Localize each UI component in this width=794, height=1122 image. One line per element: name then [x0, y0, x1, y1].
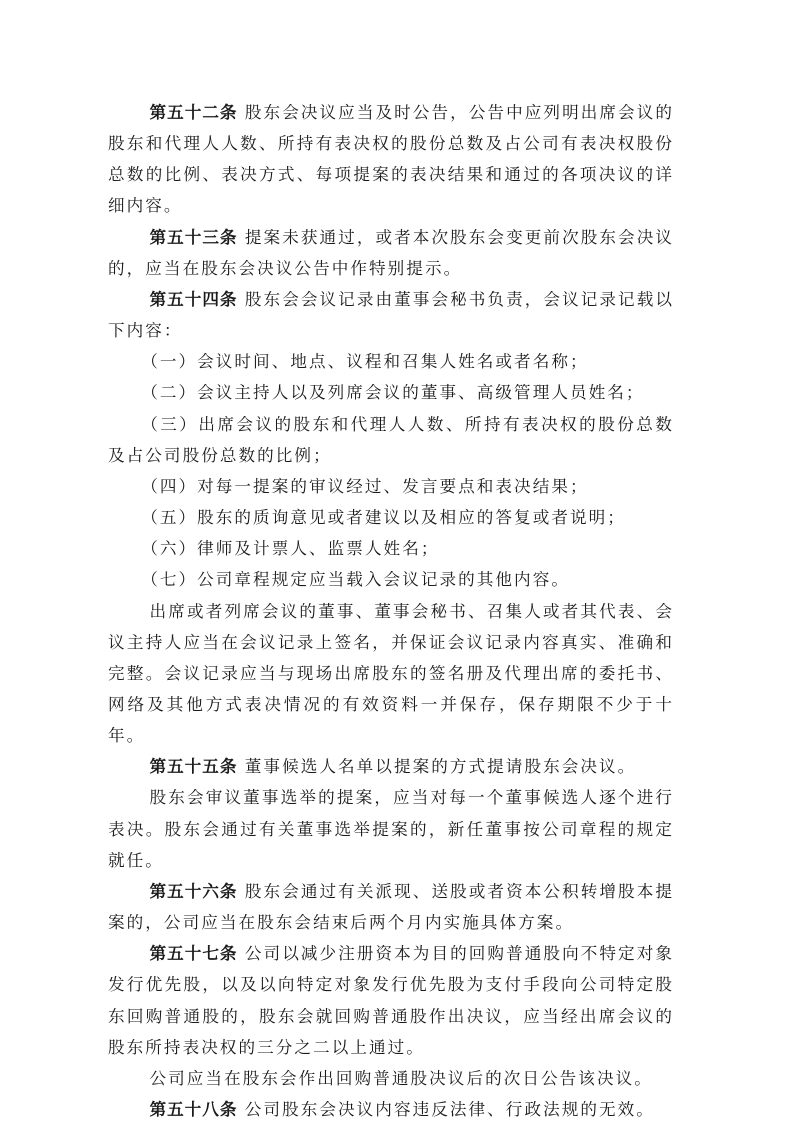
paragraph-text: 公司应当在股东会作出回购普通股决议后的次日公告该决议。	[150, 1069, 653, 1088]
article-58: 第五十八条 公司股东会决议内容违反法律、行政法规的无效。	[108, 1094, 674, 1122]
paragraph: 出席或者列席会议的董事、董事会秘书、召集人或者其代表、会议主持人应当在会议记录上…	[108, 596, 674, 752]
list-item: （一）会议时间、地点、议程和召集人姓名或者名称；	[108, 346, 674, 377]
list-item-text: （五）股东的质询意见或者建议以及相应的答复或者说明；	[141, 508, 626, 527]
list-item-text: （六）律师及计票人、监票人姓名；	[141, 539, 439, 558]
article-54: 第五十四条 股东会会议记录由董事会秘书负责，会议记录记载以下内容：	[108, 284, 674, 346]
article-number: 第五十三条	[150, 228, 238, 247]
article-57: 第五十七条 公司以减少注册资本为目的回购普通股向不特定对象发行优先股，以及以向特…	[108, 938, 674, 1063]
paragraph: 公司应当在股东会作出回购普通股决议后的次日公告该决议。	[108, 1063, 674, 1094]
paragraph-text: 出席或者列席会议的董事、董事会秘书、召集人或者其代表、会议主持人应当在会议记录上…	[108, 602, 674, 746]
paragraph-text: 股东会审议董事选举的提案，应当对每一个董事候选人逐个进行表决。股东会通过有关董事…	[108, 788, 674, 869]
list-item: （五）股东的质询意见或者建议以及相应的答复或者说明；	[108, 502, 674, 533]
article-56: 第五十六条 股东会通过有关派现、送股或者资本公积转增股本提案的，公司应当在股东会…	[108, 876, 674, 938]
article-number: 第五十七条	[150, 944, 238, 963]
article-text: 公司股东会决议内容违反法律、行政法规的无效。	[237, 1100, 655, 1119]
list-item: （三）出席会议的股东和代理人人数、所持有表决权的股份总数及占公司股份总数的比例；	[108, 409, 674, 471]
article-text: 董事候选人名单以提案的方式提请股东会决议。	[237, 757, 636, 776]
list-item-text: （三）出席会议的股东和代理人人数、所持有表决权的股份总数及占公司股份总数的比例；	[108, 415, 674, 465]
list-item: （六）律师及计票人、监票人姓名；	[108, 533, 674, 564]
list-item-text: （二）会议主持人以及列席会议的董事、高级管理人员姓名；	[141, 383, 644, 402]
article-number: 第五十四条	[150, 290, 238, 309]
article-number: 第五十五条	[150, 757, 238, 776]
list-item-text: （四）对每一提案的审议经过、发言要点和表决结果；	[141, 477, 588, 496]
paragraph: 股东会审议董事选举的提案，应当对每一个董事候选人逐个进行表决。股东会通过有关董事…	[108, 782, 674, 875]
article-55: 第五十五条 董事候选人名单以提案的方式提请股东会决议。	[108, 751, 674, 782]
list-item-text: （一）会议时间、地点、议程和召集人姓名或者名称；	[141, 352, 588, 371]
article-number: 第五十六条	[150, 882, 238, 901]
article-number: 第五十二条	[150, 103, 238, 122]
document-page: 第五十二条 股东会决议应当及时公告，公告中应列明出席会议的股东和代理人人数、所持…	[108, 97, 674, 1122]
article-53: 第五十三条 提案未获通过，或者本次股东会变更前次股东会决议的，应当在股东会决议公…	[108, 222, 674, 284]
article-number: 第五十八条	[150, 1100, 238, 1119]
article-52: 第五十二条 股东会决议应当及时公告，公告中应列明出席会议的股东和代理人人数、所持…	[108, 97, 674, 222]
list-item: （四）对每一提案的审议经过、发言要点和表决结果；	[108, 471, 674, 502]
list-item-text: （七）公司章程规定应当载入会议记录的其他内容。	[141, 570, 570, 589]
list-item: （七）公司章程规定应当载入会议记录的其他内容。	[108, 564, 674, 595]
list-item: （二）会议主持人以及列席会议的董事、高级管理人员姓名；	[108, 377, 674, 408]
